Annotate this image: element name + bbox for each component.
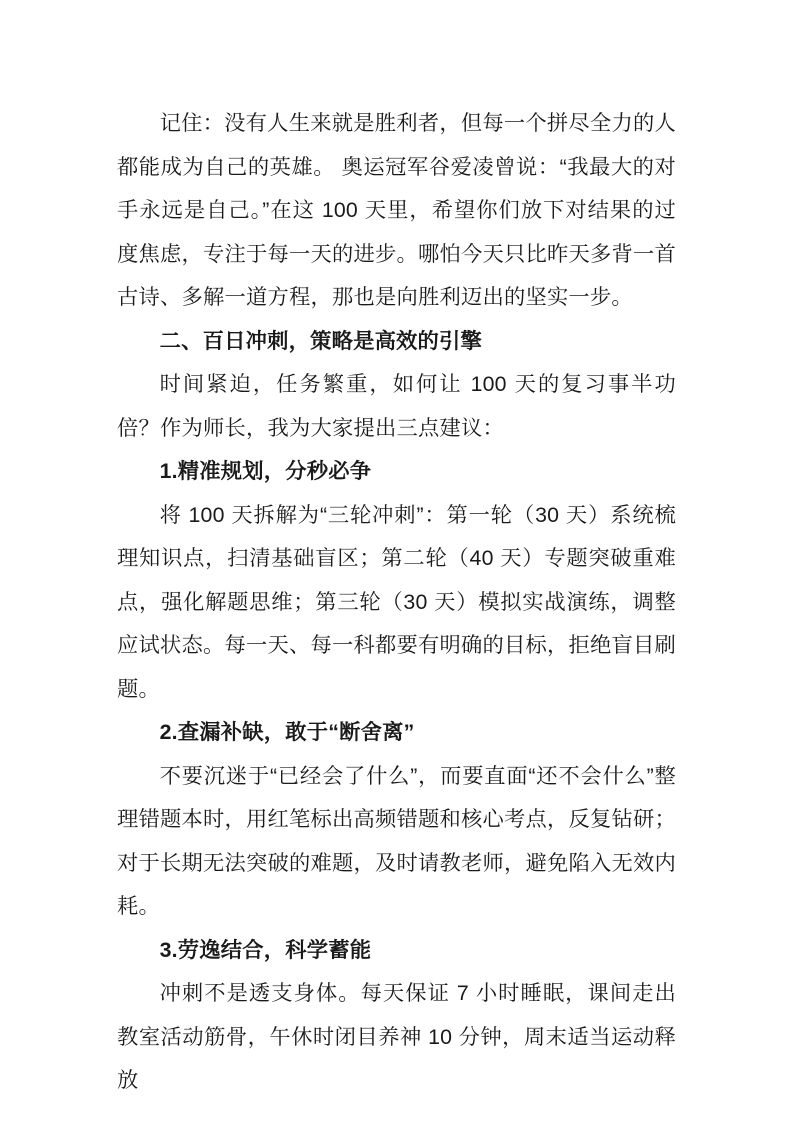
tip3-heading: 3.劳逸结合，科学蓄能: [117, 929, 676, 973]
tip1-paragraph: 将 100 天拆解为“三轮冲刺”：第一轮（30 天）系统梳理知识点，扫清基础盲区…: [117, 494, 676, 712]
section-heading: 二、百日冲刺，策略是高效的引擎: [117, 320, 676, 364]
tip2-heading: 2.查漏补缺，敢于“断舍离”: [117, 711, 676, 755]
tip1-heading: 1.精准规划，分秒必争: [117, 450, 676, 494]
document-page: 记住：没有人生来就是胜利者，但每一个拼尽全力的人都能成为自己的英雄。 奥运冠军谷…: [0, 0, 793, 1122]
tip3-paragraph: 冲刺不是透支身体。每天保证 7 小时睡眠，课间走出教室活动筋骨，午休时闭目养神 …: [117, 972, 676, 1103]
intro-paragraph: 记住：没有人生来就是胜利者，但每一个拼尽全力的人都能成为自己的英雄。 奥运冠军谷…: [117, 102, 676, 320]
tip2-paragraph: 不要沉迷于“已经会了什么”，而要直面“还不会什么”整理错题本时，用红笔标出高频错…: [117, 755, 676, 929]
section-intro-paragraph: 时间紧迫，任务繁重，如何让 100 天的复习事半功倍？作为师长，我为大家提出三点…: [117, 363, 676, 450]
